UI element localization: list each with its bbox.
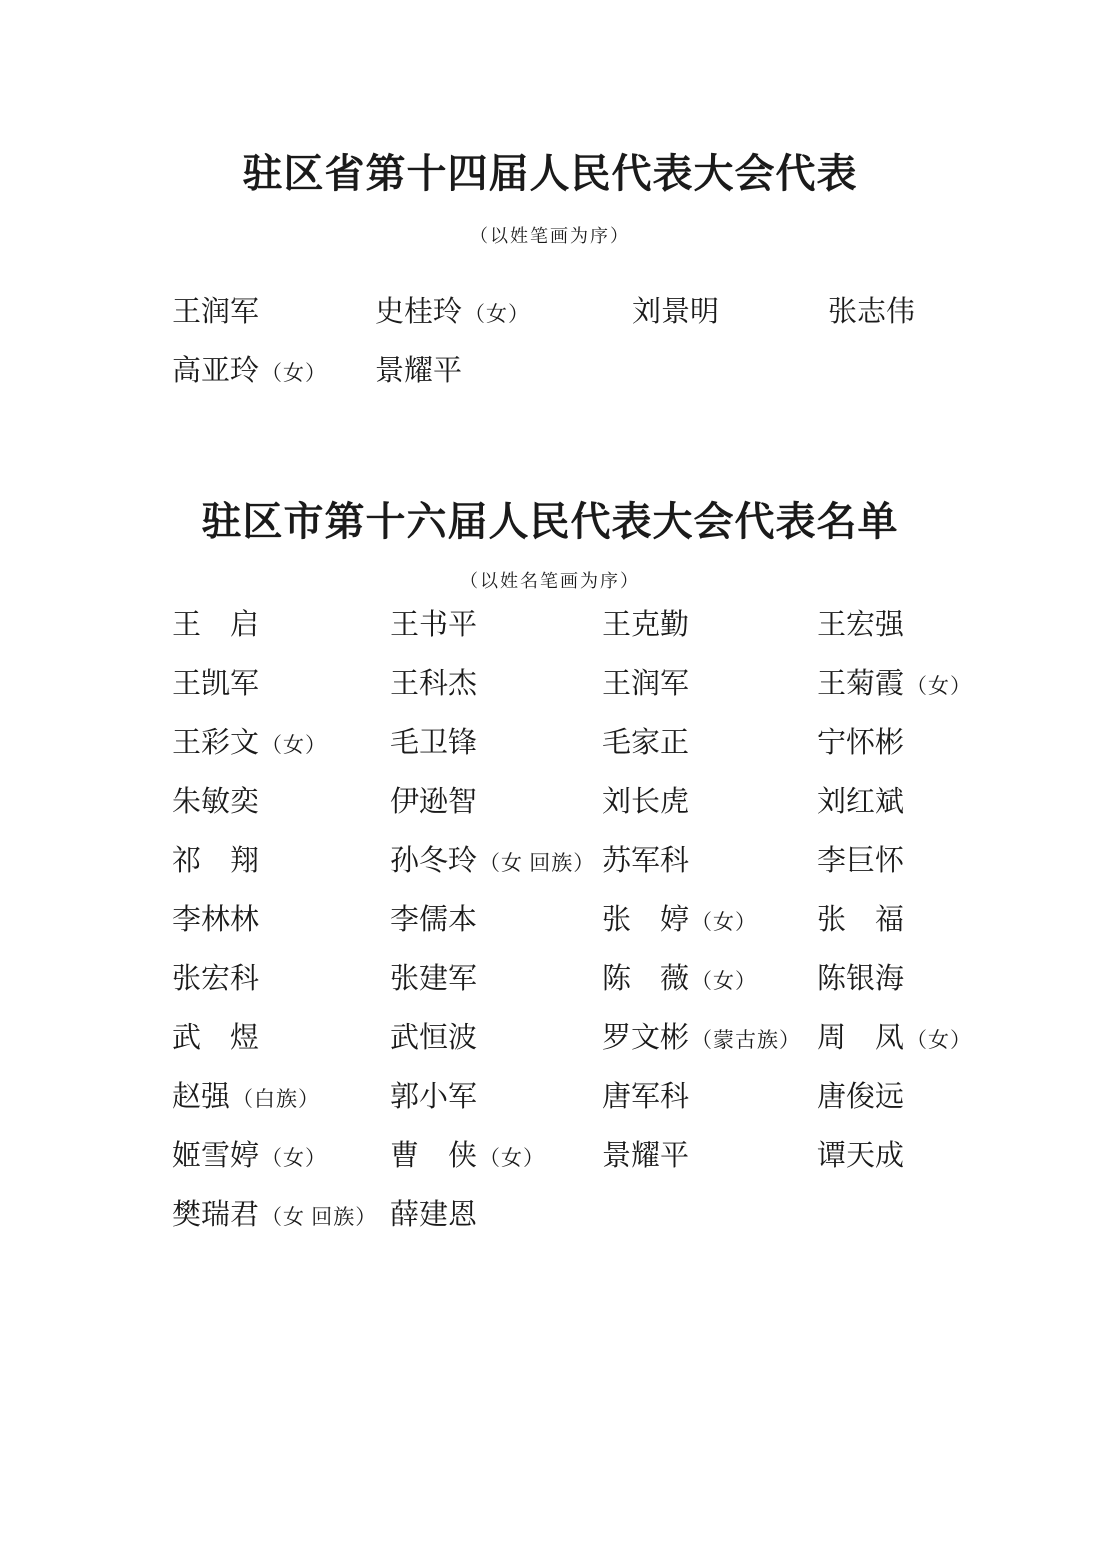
delegate-name-text: 张志伟 bbox=[828, 296, 915, 328]
gender-ethnicity-note: （女） bbox=[906, 1028, 972, 1052]
delegate-name: 王润军 bbox=[602, 666, 817, 702]
delegate-name: 史桂玲（女） bbox=[375, 294, 632, 330]
delegate-name: 张 婷（女） bbox=[602, 902, 817, 938]
delegate-row: 张宏科张建军陈 薇（女）陈银海 bbox=[172, 949, 1020, 1008]
delegate-name-text: 王润军 bbox=[172, 296, 259, 328]
delegate-name-text: 王菊霞 bbox=[817, 668, 904, 700]
delegate-name: 李儒本 bbox=[390, 902, 602, 938]
document-page: 驻区省第十四届人民代表大会代表 （以姓笔画为序） 王润军史桂玲（女）刘景明张志伟… bbox=[0, 0, 1100, 1555]
delegate-name-text: 周 凤 bbox=[817, 1022, 904, 1054]
delegate-name: 王彩文（女） bbox=[172, 725, 390, 761]
delegate-name-text: 武恒波 bbox=[390, 1022, 477, 1054]
gender-ethnicity-note: （蒙古族） bbox=[691, 1028, 801, 1052]
delegate-name: 陈银海 bbox=[817, 961, 1020, 997]
delegate-name: 景耀平 bbox=[375, 353, 632, 389]
province-delegate-list: 王润军史桂玲（女）刘景明张志伟高亚玲（女）景耀平 bbox=[172, 283, 1020, 401]
delegate-row: 祁 翔孙冬玲（女 回族）苏军科李巨怀 bbox=[172, 831, 1020, 890]
delegate-name-text: 景耀平 bbox=[375, 355, 462, 387]
delegate-name-text: 唐俊远 bbox=[817, 1081, 904, 1113]
delegate-name: 张建军 bbox=[390, 961, 602, 997]
delegate-name: 王 启 bbox=[172, 607, 390, 643]
delegate-row: 王彩文（女）毛卫锋毛家正宁怀彬 bbox=[172, 713, 1020, 772]
delegate-row: 樊瑞君（女 回族）薛建恩 bbox=[172, 1185, 1020, 1244]
delegate-name: 曹 侠（女） bbox=[390, 1138, 602, 1174]
delegate-name-text: 赵强 bbox=[172, 1081, 230, 1113]
gender-ethnicity-note: （女 回族） bbox=[261, 1205, 377, 1229]
delegate-name-text: 李儒本 bbox=[390, 904, 477, 936]
delegate-name: 赵强（白族） bbox=[172, 1079, 390, 1115]
delegate-name-text: 张 福 bbox=[817, 904, 904, 936]
delegate-row: 赵强（白族）郭小军唐军科唐俊远 bbox=[172, 1067, 1020, 1126]
gender-ethnicity-note: （女） bbox=[691, 910, 757, 934]
delegate-name: 罗文彬（蒙古族） bbox=[602, 1020, 817, 1056]
delegate-name-text: 樊瑞君 bbox=[172, 1199, 259, 1231]
delegate-name-text: 李巨怀 bbox=[817, 845, 904, 877]
delegate-name: 武 煜 bbox=[172, 1020, 390, 1056]
city-section-subtitle: （以姓名笔画为序） bbox=[0, 571, 1100, 593]
city-section-title: 驻区市第十六届人民代表大会代表名单 bbox=[0, 498, 1100, 546]
delegate-name: 景耀平 bbox=[602, 1138, 817, 1174]
delegate-name: 谭天成 bbox=[817, 1138, 1020, 1174]
delegate-name-text: 祁 翔 bbox=[172, 845, 259, 877]
gender-ethnicity-note: （女） bbox=[691, 969, 757, 993]
delegate-name: 樊瑞君（女 回族） bbox=[172, 1197, 390, 1233]
delegate-name-text: 王科杰 bbox=[390, 668, 477, 700]
delegate-name-text: 毛家正 bbox=[602, 727, 689, 759]
gender-ethnicity-note: （女） bbox=[479, 1146, 545, 1170]
delegate-name: 王凯军 bbox=[172, 666, 390, 702]
delegate-name: 陈 薇（女） bbox=[602, 961, 817, 997]
gender-ethnicity-note: （女） bbox=[464, 302, 530, 326]
delegate-name-text: 刘长虎 bbox=[602, 786, 689, 818]
delegate-name-text: 唐军科 bbox=[602, 1081, 689, 1113]
delegate-name-text: 王润军 bbox=[602, 668, 689, 700]
delegate-row: 武 煜武恒波罗文彬（蒙古族）周 凤（女） bbox=[172, 1008, 1020, 1067]
gender-ethnicity-note: （女） bbox=[261, 361, 327, 385]
delegate-name-text: 伊逊智 bbox=[390, 786, 477, 818]
gender-ethnicity-note: （女 回族） bbox=[479, 851, 595, 875]
province-delegates-section: 驻区省第十四届人民代表大会代表 （以姓笔画为序） 王润军史桂玲（女）刘景明张志伟… bbox=[0, 150, 1100, 401]
province-section-subtitle: （以姓笔画为序） bbox=[0, 226, 1100, 248]
delegate-name: 伊逊智 bbox=[390, 784, 602, 820]
delegate-name-text: 孙冬玲 bbox=[390, 845, 477, 877]
delegate-name: 张宏科 bbox=[172, 961, 390, 997]
delegate-name: 宁怀彬 bbox=[817, 725, 1020, 761]
delegate-name: 刘长虎 bbox=[602, 784, 817, 820]
delegate-name-text: 毛卫锋 bbox=[390, 727, 477, 759]
delegate-name: 毛家正 bbox=[602, 725, 817, 761]
delegate-name-text: 景耀平 bbox=[602, 1140, 689, 1172]
delegate-name-text: 姬雪婷 bbox=[172, 1140, 259, 1172]
delegate-name: 姬雪婷（女） bbox=[172, 1138, 390, 1174]
delegate-name-text: 王凯军 bbox=[172, 668, 259, 700]
delegate-row: 高亚玲（女）景耀平 bbox=[172, 342, 1020, 401]
delegate-name-text: 张 婷 bbox=[602, 904, 689, 936]
gender-ethnicity-note: （女） bbox=[261, 1146, 327, 1170]
delegate-name: 武恒波 bbox=[390, 1020, 602, 1056]
delegate-name-text: 王克勤 bbox=[602, 609, 689, 641]
delegate-name: 刘景明 bbox=[632, 294, 828, 330]
gender-ethnicity-note: （女） bbox=[906, 674, 972, 698]
delegate-row: 姬雪婷（女）曹 侠（女）景耀平谭天成 bbox=[172, 1126, 1020, 1185]
delegate-name: 王克勤 bbox=[602, 607, 817, 643]
delegate-name: 孙冬玲（女 回族） bbox=[390, 843, 602, 879]
delegate-name: 高亚玲（女） bbox=[172, 353, 375, 389]
delegate-name-text: 薛建恩 bbox=[390, 1199, 477, 1231]
delegate-name: 祁 翔 bbox=[172, 843, 390, 879]
delegate-name: 郭小军 bbox=[390, 1079, 602, 1115]
delegate-name-text: 王宏强 bbox=[817, 609, 904, 641]
gender-ethnicity-note: （女） bbox=[261, 733, 327, 757]
delegate-name: 刘红斌 bbox=[817, 784, 1020, 820]
city-delegate-list: 王 启王书平王克勤王宏强王凯军王科杰王润军王菊霞（女）王彩文（女）毛卫锋毛家正宁… bbox=[172, 595, 1020, 1244]
delegate-name-text: 李林林 bbox=[172, 904, 259, 936]
city-delegates-section: 驻区市第十六届人民代表大会代表名单 （以姓名笔画为序） 王 启王书平王克勤王宏强… bbox=[0, 498, 1100, 1245]
delegate-row: 李林林李儒本张 婷（女）张 福 bbox=[172, 890, 1020, 949]
delegate-row: 王凯军王科杰王润军王菊霞（女） bbox=[172, 654, 1020, 713]
delegate-name: 张志伟 bbox=[828, 294, 1020, 330]
delegate-name: 薛建恩 bbox=[390, 1197, 602, 1233]
gender-ethnicity-note: （白族） bbox=[232, 1087, 320, 1111]
delegate-row: 朱敏奕伊逊智刘长虎刘红斌 bbox=[172, 772, 1020, 831]
delegate-name: 苏军科 bbox=[602, 843, 817, 879]
delegate-name-text: 张宏科 bbox=[172, 963, 259, 995]
province-section-title: 驻区省第十四届人民代表大会代表 bbox=[0, 150, 1100, 198]
delegate-name-text: 苏军科 bbox=[602, 845, 689, 877]
delegate-name-text: 武 煜 bbox=[172, 1022, 259, 1054]
delegate-name-text: 陈 薇 bbox=[602, 963, 689, 995]
delegate-name: 毛卫锋 bbox=[390, 725, 602, 761]
delegate-row: 王 启王书平王克勤王宏强 bbox=[172, 595, 1020, 654]
delegate-name-text: 陈银海 bbox=[817, 963, 904, 995]
delegate-name: 唐军科 bbox=[602, 1079, 817, 1115]
delegate-name: 李巨怀 bbox=[817, 843, 1020, 879]
delegate-name-text: 高亚玲 bbox=[172, 355, 259, 387]
delegate-name: 王书平 bbox=[390, 607, 602, 643]
delegate-row: 王润军史桂玲（女）刘景明张志伟 bbox=[172, 283, 1020, 342]
delegate-name: 周 凤（女） bbox=[817, 1020, 1020, 1056]
delegate-name-text: 张建军 bbox=[390, 963, 477, 995]
delegate-name-text: 王彩文 bbox=[172, 727, 259, 759]
delegate-name-text: 郭小军 bbox=[390, 1081, 477, 1113]
delegate-name-text: 谭天成 bbox=[817, 1140, 904, 1172]
delegate-name-text: 王书平 bbox=[390, 609, 477, 641]
delegate-name-text: 曹 侠 bbox=[390, 1140, 477, 1172]
delegate-name-text: 刘红斌 bbox=[817, 786, 904, 818]
delegate-name-text: 王 启 bbox=[172, 609, 259, 641]
delegate-name: 唐俊远 bbox=[817, 1079, 1020, 1115]
delegate-name: 朱敏奕 bbox=[172, 784, 390, 820]
delegate-name: 王润军 bbox=[172, 294, 375, 330]
delegate-name: 王科杰 bbox=[390, 666, 602, 702]
delegate-name-text: 刘景明 bbox=[632, 296, 719, 328]
delegate-name-text: 朱敏奕 bbox=[172, 786, 259, 818]
delegate-name-text: 宁怀彬 bbox=[817, 727, 904, 759]
delegate-name: 张 福 bbox=[817, 902, 1020, 938]
delegate-name: 王宏强 bbox=[817, 607, 1020, 643]
delegate-name: 李林林 bbox=[172, 902, 390, 938]
delegate-name-text: 罗文彬 bbox=[602, 1022, 689, 1054]
delegate-name-text: 史桂玲 bbox=[375, 296, 462, 328]
delegate-name: 王菊霞（女） bbox=[817, 666, 1020, 702]
